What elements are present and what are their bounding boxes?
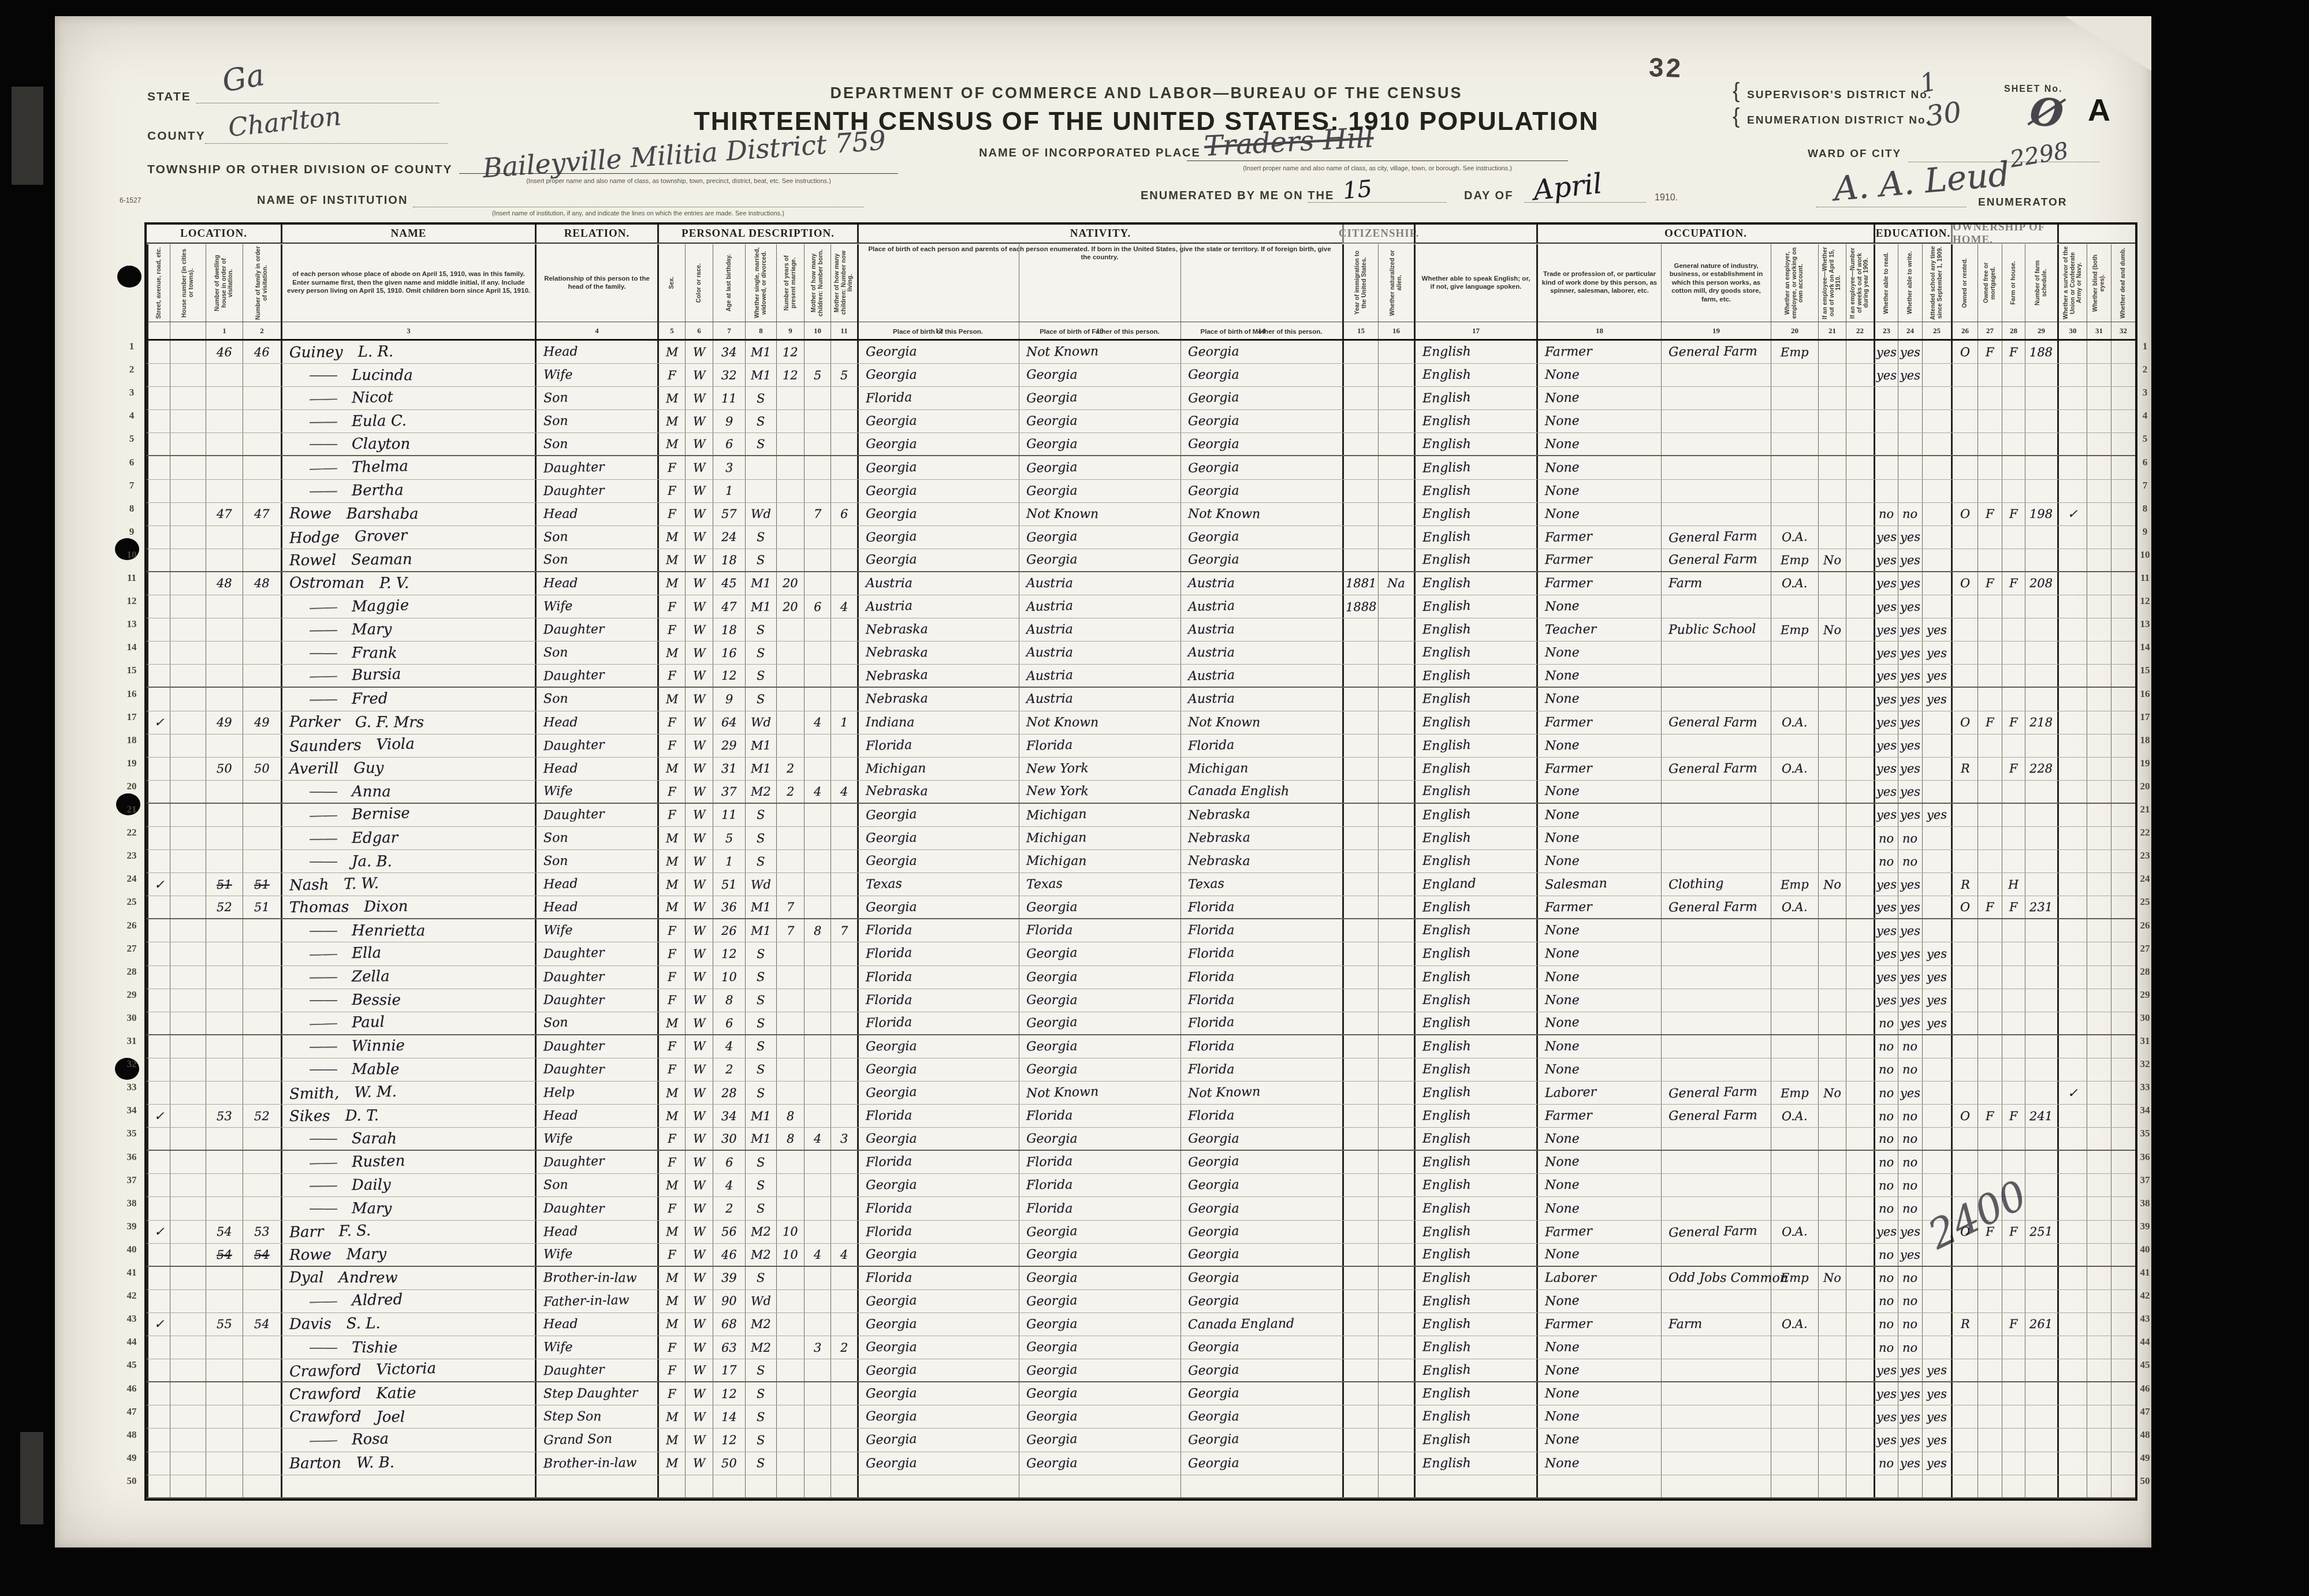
cell-oh: R <box>1951 1313 1977 1336</box>
cell-wk <box>1846 1128 1874 1150</box>
cell-value: yes <box>1876 739 1897 753</box>
cell-rel: Daughter <box>535 456 657 479</box>
cell-value: yes <box>1927 1456 1947 1470</box>
cell-value: Georgia <box>866 1293 917 1309</box>
row-number: 49 <box>123 1452 140 1464</box>
cell-na <box>1378 1174 1414 1196</box>
cell-ns <box>2025 919 2057 942</box>
cell-age: 16 <box>713 642 745 664</box>
cell-bl <box>2087 942 2111 965</box>
cell-cb: 3 <box>804 1336 831 1359</box>
cell-wk <box>1846 734 1874 757</box>
cell-bm: Florida <box>1180 1035 1342 1058</box>
cell-rd: no <box>1874 1174 1898 1196</box>
cell-ind <box>1661 1475 1771 1497</box>
cell-value: ✓ <box>2068 507 2078 521</box>
cell-bm: Not Known <box>1180 711 1342 734</box>
cell-rd: yes <box>1874 688 1898 710</box>
cell-ow <box>1818 341 1846 363</box>
cell-wr: no <box>1898 1313 1922 1336</box>
township-note: (Insert proper name and also name of cla… <box>459 178 898 185</box>
cell-na <box>1378 966 1414 989</box>
cell-sx: M <box>657 387 685 409</box>
cell-ym <box>776 1012 804 1034</box>
cell-fam <box>243 827 281 849</box>
cell-bp: Georgia <box>857 410 1019 432</box>
cell-value: W <box>693 855 706 868</box>
cell-value: 8 <box>725 993 733 1007</box>
cell-lg: English <box>1414 1429 1536 1451</box>
cell-ind: General Farm <box>1661 1082 1771 1104</box>
cell-value: Hodge Grover <box>289 527 408 547</box>
cell-value: W <box>692 1086 705 1100</box>
cell-age: 17 <box>713 1359 745 1381</box>
cell-bf: Georgia <box>1019 456 1180 479</box>
row-number: 23 <box>2136 850 2154 862</box>
cell-value: 63 <box>721 1341 737 1355</box>
cell-fm <box>1977 804 2002 826</box>
cell-sx: F <box>657 1035 685 1058</box>
cell-ym <box>776 1429 804 1451</box>
cell-sx: M <box>657 1082 685 1104</box>
cell-bm: Florida <box>1180 919 1342 942</box>
cell-df <box>2111 781 2135 803</box>
cell-ns <box>2025 480 2057 502</box>
cell-cl <box>831 480 857 502</box>
cell-bf: Georgia <box>1019 433 1180 455</box>
cell-nm: ——Frank <box>281 642 535 664</box>
cell-cl: 4 <box>831 595 857 618</box>
cell-value: Nebraska <box>866 692 928 707</box>
cell-value: Florida <box>1026 1109 1073 1124</box>
cell-cr: W <box>685 572 713 595</box>
cell-df <box>2111 711 2135 734</box>
census-row: ✓4949Parker G. F. MrsHeadFW64Wd41Indiana… <box>147 711 2135 734</box>
cell-df <box>2111 1035 2135 1058</box>
cell-df <box>2111 456 2135 479</box>
cell-rd <box>1874 456 1898 479</box>
cell-fh: F <box>2002 341 2025 363</box>
cell-ind <box>1661 1429 1771 1451</box>
cell-mr: M1 <box>745 758 776 780</box>
cell-cb <box>804 1267 831 1289</box>
cell-age: 11 <box>713 804 745 826</box>
cell-value: English <box>1422 1409 1471 1424</box>
cell-value: Michigan <box>1026 854 1087 868</box>
cell-value: Daughter <box>543 1362 605 1378</box>
cell-na <box>1378 1359 1414 1381</box>
cell-ow <box>1818 1405 1846 1428</box>
cell-bm: Georgia <box>1180 387 1342 409</box>
cell-ns <box>2025 387 2057 409</box>
cell-st: ✓ <box>147 1313 170 1336</box>
cell-mr: S <box>745 1197 776 1220</box>
cell-age: 39 <box>713 1267 745 1289</box>
cell-value: W <box>693 345 706 359</box>
cell-wk <box>1846 1221 1874 1243</box>
cell-cr: W <box>685 827 713 849</box>
cell-df <box>2111 1452 2135 1475</box>
cell-ind <box>1661 410 1771 432</box>
cell-im <box>1342 503 1378 525</box>
cell-value: S <box>757 831 765 845</box>
cell-value: O.A. <box>1782 762 1808 775</box>
cell-ym <box>776 1405 804 1428</box>
cell-mr: S <box>745 1012 776 1034</box>
cell-value: no <box>1879 1294 1894 1308</box>
cell-value: W <box>693 993 706 1007</box>
cell-ind <box>1661 480 1771 502</box>
cell-sx: M <box>657 896 685 918</box>
cell-ns <box>2025 942 2057 965</box>
cell-bf: Texas <box>1019 873 1180 896</box>
cell-sx: F <box>657 989 685 1012</box>
cell-ns <box>2025 1405 2057 1428</box>
cell-value: Florida <box>1188 1062 1234 1077</box>
cell-oc: Farmer <box>1536 1105 1661 1127</box>
cell-value: Georgia <box>1188 368 1239 382</box>
cell-cl <box>831 1174 857 1196</box>
cell-ns <box>2025 850 2057 872</box>
cell-lg: English <box>1414 1313 1536 1336</box>
cell-rd: yes <box>1874 942 1898 965</box>
cell-cr: W <box>685 919 713 942</box>
cell-oh <box>1951 595 1977 618</box>
cell-value: yes <box>1927 1433 1947 1448</box>
cell-value: 261 <box>2029 1317 2053 1331</box>
cell-hn <box>170 896 206 918</box>
cell-cb <box>804 1429 831 1451</box>
cell-ns: 228 <box>2025 758 2057 780</box>
cell-value: yes <box>1876 1410 1897 1424</box>
cell-cw: ✓ <box>2057 503 2087 525</box>
cell-bm: Florida <box>1180 734 1342 757</box>
column-label: Attended school any time since September… <box>1930 246 1943 320</box>
cell-ind <box>1661 456 1771 479</box>
cell-value: 208 <box>2029 576 2053 590</box>
cell-em: O.A. <box>1771 526 1818 549</box>
cell-value: Austria <box>1188 622 1235 637</box>
cell-age: 18 <box>713 618 745 641</box>
cell-value: S <box>757 855 765 868</box>
cell-value: 6 <box>725 437 733 451</box>
cell-value: Florida <box>866 1201 912 1215</box>
cell-fm <box>1977 1035 2002 1058</box>
cell-value: W <box>693 1341 706 1355</box>
cell-wk <box>1846 1313 1874 1336</box>
cell-value: Austria <box>1188 576 1235 591</box>
cell-bl <box>2087 526 2111 549</box>
cell-value: Georgia <box>1026 1432 1078 1448</box>
cell-value: yes <box>1876 1225 1897 1239</box>
cell-nm: ——Paul <box>281 1012 535 1034</box>
cell-value: None <box>1545 946 1580 961</box>
cell-value: Georgia <box>866 1085 917 1101</box>
cell-im <box>1342 1058 1378 1081</box>
cell-age: 32 <box>713 364 745 386</box>
cell-cw <box>2057 873 2087 896</box>
cell-value: F <box>668 1341 676 1355</box>
cell-ow <box>1818 919 1846 942</box>
cell-wk <box>1846 1382 1874 1405</box>
cell-ow: No <box>1818 549 1846 571</box>
cell-value: O.A. <box>1782 1225 1808 1239</box>
cell-wr: yes <box>1898 989 1922 1012</box>
cell-value: M1 <box>751 368 771 382</box>
cell-value: Georgia <box>1188 414 1239 429</box>
cell-value: W <box>692 1363 705 1378</box>
cell-rd <box>1874 480 1898 502</box>
cell-ns <box>2025 595 2057 618</box>
cell-ind: General Farm <box>1661 896 1771 918</box>
cell-em <box>1771 1128 1818 1150</box>
cell-bm: Georgia <box>1180 1244 1342 1266</box>
cell-value: 48 <box>254 576 270 590</box>
cell-oh: O <box>1951 711 1977 734</box>
cell-ns <box>2025 549 2057 571</box>
cell-na <box>1378 1105 1414 1127</box>
cell-fh: H <box>2002 873 2025 896</box>
cell-fm: F <box>1977 572 2002 595</box>
cell-cw <box>2057 850 2087 872</box>
cell-value: English <box>1422 831 1471 846</box>
cell-df <box>2111 526 2135 549</box>
cell-na <box>1378 1452 1414 1475</box>
cell-ow <box>1818 850 1846 872</box>
cell-fam <box>243 804 281 826</box>
census-row: ——FredSonMW9SNebraskaAustriaAustriaEngli… <box>147 688 2135 711</box>
cell-rel: Son <box>535 526 657 549</box>
cell-wk <box>1846 688 1874 710</box>
column-header-rd: Whether able to read. <box>1874 244 1898 322</box>
cell-cr: W <box>685 480 713 502</box>
row-number: 13 <box>123 618 140 630</box>
row-number: 7 <box>123 480 140 491</box>
cell-cw <box>2057 1429 2087 1451</box>
cell-value: 54 <box>217 1248 232 1262</box>
cell-bm: Austria <box>1180 642 1342 664</box>
cell-cb <box>804 1313 831 1336</box>
cell-rel: Son <box>535 688 657 710</box>
cell-mr: S <box>745 665 776 687</box>
cell-value: 14 <box>721 1410 737 1424</box>
row-number: 15 <box>2136 665 2154 676</box>
cell-sx: M <box>657 1405 685 1428</box>
cell-value: ——Maggie <box>289 596 409 617</box>
cell-fm <box>1977 989 2002 1012</box>
cell-dw <box>206 688 243 710</box>
state-label: STATE <box>147 90 191 104</box>
cell-value: English <box>1422 900 1471 915</box>
cell-cl <box>831 1405 857 1428</box>
cell-cr: W <box>685 1267 713 1289</box>
cell-value: Georgia <box>866 807 917 823</box>
cell-st <box>147 1244 170 1266</box>
cell-hn <box>170 711 206 734</box>
cell-wr: yes <box>1898 804 1922 826</box>
cell-value: Georgia <box>866 460 917 475</box>
cell-fh: F <box>2002 503 2025 525</box>
cell-em <box>1771 1174 1818 1196</box>
cell-age: 4 <box>713 1174 745 1196</box>
cell-sx: M <box>657 549 685 571</box>
column-group-title: OCCUPATION. <box>1536 225 1874 244</box>
cell-value: English <box>1422 1178 1471 1193</box>
cell-cr: W <box>685 410 713 432</box>
cell-value: No <box>1823 877 1842 892</box>
cell-value: Georgia <box>1188 390 1239 406</box>
cell-mr: S <box>745 410 776 432</box>
cell-value: 5 <box>840 368 848 382</box>
row-number: 3 <box>2136 387 2154 398</box>
row-number: 40 <box>123 1244 140 1255</box>
cell-nm: Rowe Barshaba <box>281 503 535 525</box>
cell-value: O <box>1960 900 1970 914</box>
cell-wr: no <box>1898 1128 1922 1150</box>
cell-fam <box>243 480 281 502</box>
cell-fm <box>1977 1382 2002 1405</box>
cell-value: yes <box>1927 808 1947 822</box>
column-number: 28 <box>2002 322 2025 339</box>
cell-fm <box>1977 618 2002 641</box>
census-row: ——SarahWifeFW30M1843GeorgiaGeorgiaGeorgi… <box>147 1128 2135 1151</box>
cell-hn <box>170 387 206 409</box>
column-header-ym: Number of years of present marriage. <box>776 244 804 322</box>
cell-value: Daughter <box>543 993 605 1007</box>
cell-value: Florida <box>1188 923 1234 938</box>
cell-na <box>1378 1267 1414 1289</box>
cell-cb <box>804 1035 831 1058</box>
cell-wr: yes <box>1898 526 1922 549</box>
cell-ind: Odd Jobs Common <box>1661 1267 1771 1289</box>
cell-value: 51 <box>217 877 232 892</box>
cell-fh <box>2002 919 2025 942</box>
cell-wk <box>1846 572 1874 595</box>
cell-oc: Teacher <box>1536 618 1661 641</box>
cell-bp: Georgia <box>857 850 1019 872</box>
row-number: 34 <box>2136 1105 2154 1116</box>
cell-value: Georgia <box>1188 1340 1239 1355</box>
cell-ym: 8 <box>776 1105 804 1127</box>
cell-value: Smith, W. M. <box>289 1083 397 1103</box>
cell-rel: Son <box>535 387 657 409</box>
row-number: 28 <box>2136 966 2154 978</box>
cell-df <box>2111 1012 2135 1034</box>
cell-value: 7 <box>787 924 794 938</box>
cell-value: 48 <box>217 576 232 590</box>
cell-dw <box>206 1382 243 1405</box>
row-number: 47 <box>2136 1406 2154 1418</box>
cell-em <box>1771 827 1818 849</box>
cell-bf: Michigan <box>1019 804 1180 826</box>
cell-value: Georgia <box>1026 1456 1078 1471</box>
column-number: 19 <box>1661 322 1771 339</box>
cell-value: None <box>1545 368 1580 382</box>
cell-value: yes <box>1900 715 1920 729</box>
row-number: 31 <box>123 1035 140 1047</box>
cell-value: Georgia <box>1026 553 1078 568</box>
cell-bf: Austria <box>1019 618 1180 641</box>
cell-ns <box>2025 734 2057 757</box>
cell-fm <box>1977 1012 2002 1034</box>
cell-hn <box>170 989 206 1012</box>
enumerated-day: 15 <box>1342 176 1373 204</box>
cell-value: Georgia <box>1026 1317 1078 1332</box>
cell-value: Austria <box>1026 668 1073 684</box>
cell-ow <box>1818 480 1846 502</box>
census-row: ——AldredFather-in-lawMW90WdGeorgiaGeorgi… <box>147 1290 2135 1313</box>
cell-wr: yes <box>1898 1082 1922 1104</box>
cell-bf: Georgia <box>1019 1035 1180 1058</box>
cell-value: English <box>1422 969 1471 985</box>
cell-oc: None <box>1536 1128 1661 1150</box>
cell-value: ——Paul <box>289 1013 385 1033</box>
cell-mr: S <box>745 850 776 872</box>
cell-wr: yes <box>1898 942 1922 965</box>
cell-st <box>147 642 170 664</box>
cell-cl <box>831 1151 857 1173</box>
cell-hn <box>170 804 206 826</box>
cell-nm: ——Mary <box>281 618 535 641</box>
column-label: Mother of how many children: Number born… <box>811 246 824 320</box>
cell-age: 50 <box>713 1452 745 1475</box>
cell-lg: English <box>1414 480 1536 502</box>
cell-value: yes <box>1876 877 1897 892</box>
cell-value: 188 <box>2029 345 2053 359</box>
cell-value: 4 <box>725 1039 733 1053</box>
row-number: 9 <box>123 526 140 538</box>
cell-value: General Farm <box>1669 900 1757 915</box>
cell-age: 37 <box>713 781 745 803</box>
cell-ns <box>2025 1336 2057 1359</box>
cell-value: ✓ <box>154 715 165 729</box>
census-row: ——TishieWifeFW63M232GeorgiaGeorgiaGeorgi… <box>147 1336 2135 1359</box>
cell-hn <box>170 850 206 872</box>
cell-oh <box>1951 1082 1977 1104</box>
cell-value: W <box>693 553 706 567</box>
cell-rd: yes <box>1874 572 1898 595</box>
cell-ow: No <box>1818 618 1846 641</box>
cell-ow <box>1818 1128 1846 1150</box>
cell-bm: Georgia <box>1180 1359 1342 1381</box>
column-number: 5 <box>657 322 685 339</box>
cell-value: Georgia <box>1026 1271 1078 1285</box>
cell-wk <box>1846 642 1874 664</box>
cell-cr: W <box>685 341 713 363</box>
cell-cb <box>804 1221 831 1243</box>
cell-wk <box>1846 1429 1874 1451</box>
cell-value: W <box>692 530 705 545</box>
cell-value: 10 <box>721 970 737 984</box>
cell-value: M <box>666 576 679 590</box>
cell-sx: M <box>657 850 685 872</box>
cell-value: 218 <box>2029 715 2053 729</box>
cell-st <box>147 1012 170 1034</box>
cell-value: M <box>666 831 679 845</box>
cell-fam <box>243 1290 281 1312</box>
cell-value: S <box>757 1039 765 1053</box>
cell-rd: yes <box>1874 989 1898 1012</box>
cell-st <box>147 827 170 849</box>
cell-value: F <box>668 623 676 637</box>
cell-value: English <box>1422 1154 1471 1170</box>
cell-oc: None <box>1536 1012 1661 1034</box>
cell-fam <box>243 1197 281 1220</box>
cell-value: Georgia <box>1026 460 1078 475</box>
cell-hn <box>170 1058 206 1081</box>
cell-value: 54 <box>254 1317 270 1331</box>
cell-cw <box>2057 688 2087 710</box>
